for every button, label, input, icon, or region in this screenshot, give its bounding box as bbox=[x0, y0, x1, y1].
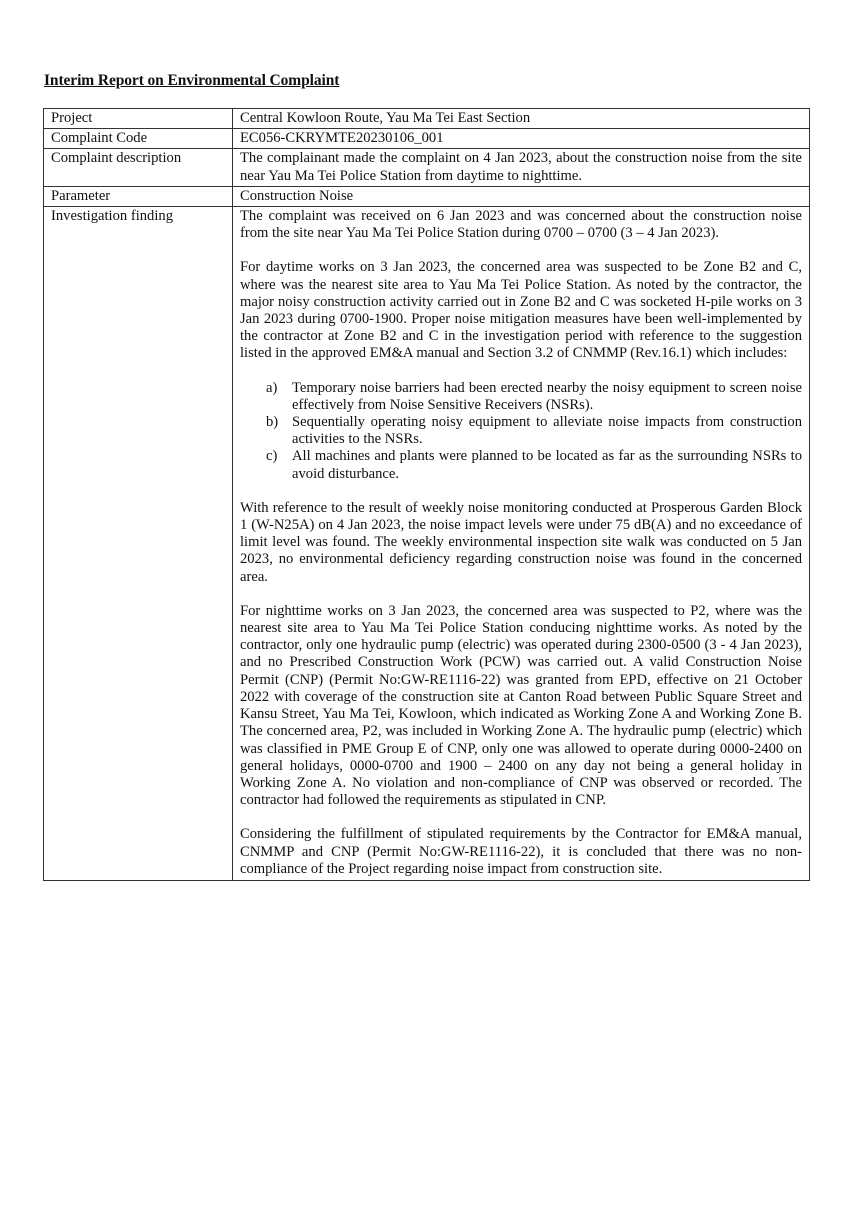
row-value-investigation-finding: The complaint was received on 6 Jan 2023… bbox=[233, 207, 810, 881]
finding-paragraph-conclusion: Considering the fulfillment of stipulate… bbox=[240, 826, 802, 878]
finding-paragraph-daytime: For daytime works on 3 Jan 2023, the con… bbox=[240, 259, 802, 362]
list-marker: b) bbox=[266, 414, 278, 431]
row-value-parameter: Construction Noise bbox=[233, 186, 810, 206]
finding-paragraph-received: The complaint was received on 6 Jan 2023… bbox=[240, 208, 802, 242]
row-value-project: Central Kowloon Route, Yau Ma Tei East S… bbox=[233, 109, 810, 129]
row-label: Complaint description bbox=[44, 149, 233, 186]
row-value-complaint-description: The complainant made the complaint on 4 … bbox=[233, 149, 810, 186]
row-value-complaint-code: EC056-CKRYMTE20230106_001 bbox=[233, 129, 810, 149]
mitigation-measures-list: a) Temporary noise barriers had been ere… bbox=[240, 380, 802, 483]
list-item: b) Sequentially operating noisy equipmen… bbox=[292, 414, 802, 448]
row-label: Investigation finding bbox=[44, 207, 233, 881]
table-row-complaint-code: Complaint Code EC056-CKRYMTE20230106_001 bbox=[44, 129, 810, 149]
list-item-text: Sequentially operating noisy equipment t… bbox=[292, 414, 802, 447]
row-label: Complaint Code bbox=[44, 129, 233, 149]
list-marker: a) bbox=[266, 380, 277, 397]
list-item-text: All machines and plants were planned to … bbox=[292, 448, 802, 481]
row-label: Project bbox=[44, 109, 233, 129]
table-row-parameter: Parameter Construction Noise bbox=[44, 186, 810, 206]
list-item-text: Temporary noise barriers had been erecte… bbox=[292, 380, 802, 413]
finding-paragraph-monitoring: With reference to the result of weekly n… bbox=[240, 500, 802, 586]
finding-paragraph-nighttime: For nighttime works on 3 Jan 2023, the c… bbox=[240, 603, 802, 809]
list-item: a) Temporary noise barriers had been ere… bbox=[292, 380, 802, 414]
list-item: c) All machines and plants were planned … bbox=[292, 448, 802, 482]
row-label: Parameter bbox=[44, 186, 233, 206]
report-title: Interim Report on Environmental Complain… bbox=[44, 72, 339, 90]
table-row-complaint-description: Complaint description The complainant ma… bbox=[44, 149, 810, 186]
complaint-table: Project Central Kowloon Route, Yau Ma Te… bbox=[43, 108, 810, 881]
list-marker: c) bbox=[266, 448, 277, 465]
table-row-investigation-finding: Investigation finding The complaint was … bbox=[44, 207, 810, 881]
table-row-project: Project Central Kowloon Route, Yau Ma Te… bbox=[44, 109, 810, 129]
